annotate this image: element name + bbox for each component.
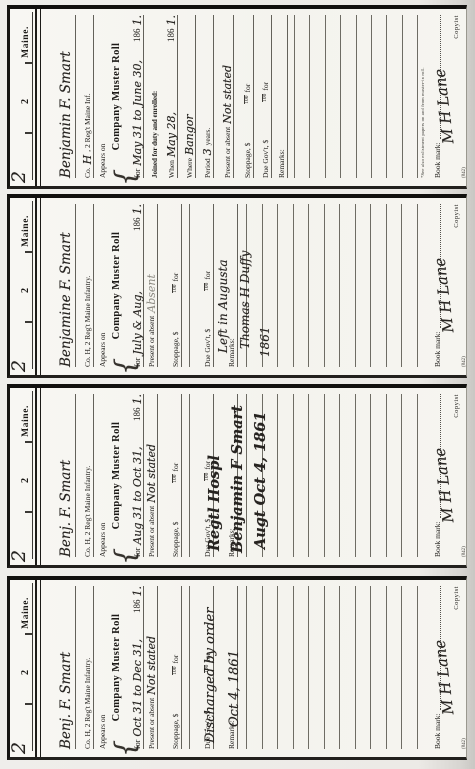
roll-title: Company Muster Roll	[110, 586, 124, 749]
when-value: May 28,	[166, 112, 177, 157]
state-label: Maine.	[21, 405, 31, 437]
soldier-name-line: Benj. F. Smart	[50, 586, 76, 749]
for-word: for	[172, 463, 180, 472]
ruled-line	[355, 586, 356, 749]
where-line: Where Bangor	[180, 15, 196, 178]
ruled-line	[325, 15, 326, 178]
ruled-line	[189, 394, 190, 557]
muster-card-strip-4: 2 2 Maine. Benj. F. Smart Co. H, 2 Reg't…	[6, 574, 468, 762]
soldier-name: Benj. F. Smart	[60, 460, 74, 557]
signature-row: (842) M H Lane Copyist	[444, 392, 468, 559]
ruled-line	[370, 586, 371, 749]
for-word: for	[172, 273, 180, 282]
present-line: Present or absent Not stated	[142, 586, 158, 749]
for-label: for	[134, 548, 142, 557]
where-label: Where	[186, 158, 194, 178]
present-label: Present or absent	[148, 506, 156, 557]
header-divider-tick	[25, 63, 32, 65]
regiment-text: , 2 Reg't Maine Inf.	[84, 93, 92, 151]
header-divider-tick	[25, 512, 32, 514]
roll-title: Company Muster Roll	[110, 204, 124, 367]
ruled-line	[262, 586, 263, 749]
header-divider-tick	[25, 442, 32, 444]
card-header: 2 Maine.	[12, 583, 33, 751]
state-label: Maine.	[21, 215, 31, 247]
year-digit: 1.	[132, 394, 143, 405]
roll-period-value: Aug 31 to Oct 31,	[132, 446, 143, 544]
year-digit: 1.	[132, 586, 143, 597]
ruled-line	[277, 204, 278, 367]
ruled-line	[324, 204, 325, 367]
stoppage-label: Stoppage, $	[172, 332, 180, 367]
stoppage-line: Stoppage, $ 100 for	[238, 15, 254, 178]
present-label: Present or absent	[148, 698, 156, 749]
year-print: 186	[133, 408, 142, 422]
soldier-name: Benjamine F. Smart	[60, 232, 74, 367]
due-label: Due Gov't, $	[262, 140, 270, 178]
unit-line: Co. H, 2 Reg't Maine Infantry.	[78, 204, 94, 367]
muster-card-4: 2 2 Maine. Benj. F. Smart Co. H, 2 Reg't…	[7, 576, 467, 760]
period-value: 3	[202, 148, 213, 155]
period-label: Period	[204, 158, 212, 178]
due-govt-line: Due Gov't, $ 100 for	[256, 15, 272, 178]
signature-row: (842) M H Lane Copyist	[444, 584, 468, 751]
soldier-name-line: Benjamin F. Smart	[50, 15, 76, 178]
when-year-digit: 1.	[166, 15, 177, 26]
ruled-line	[309, 15, 310, 178]
for-label: for	[134, 740, 142, 749]
footnote-microprint: *See also enlistment papers on and from …	[420, 67, 425, 178]
remarks-ruled-lines	[246, 586, 418, 749]
present-value: Not stated	[222, 65, 233, 124]
appears-on-label: Appears on	[97, 204, 108, 367]
appears-on-label: Appears on	[97, 15, 108, 178]
copyist-label: Copyist	[453, 15, 460, 39]
when-year-print: 186	[167, 29, 176, 43]
regiment-text: Co. H, 2 Reg't Maine Infantry.	[84, 658, 92, 749]
card-header: 2 Maine.	[12, 391, 33, 559]
ruled-line	[386, 15, 387, 178]
roll-period-value: May 31 to June 30,	[132, 60, 143, 166]
year-print: 186	[133, 600, 142, 614]
ruled-line	[308, 394, 309, 557]
ruled-line	[189, 204, 190, 367]
header-double-rule	[35, 580, 41, 757]
ruled-line	[401, 394, 402, 557]
card-header: 2 Maine.	[12, 12, 33, 180]
ruled-line	[340, 15, 341, 178]
ruled-line	[402, 15, 403, 178]
co-label: Co.	[84, 167, 92, 178]
regiment-number: 2	[20, 478, 31, 483]
regiment-text: Co. H, 2 Reg't Maine Infantry.	[84, 276, 92, 367]
form-number: (842)	[462, 546, 467, 557]
ruled-line	[293, 204, 294, 367]
for-word: for	[204, 271, 212, 280]
ruled-line	[339, 394, 340, 557]
period-suffix: years.	[204, 128, 212, 146]
soldier-name: Benj. F. Smart	[60, 652, 74, 749]
ruled-line	[371, 15, 372, 178]
present-value: Not stated	[146, 444, 157, 503]
cents-100: 100	[172, 474, 179, 482]
ruled-line	[277, 586, 278, 749]
soldier-name: Benjamin F. Smart	[60, 51, 74, 178]
book-mark-label: Book mark:	[434, 331, 442, 367]
for-label: for	[134, 169, 142, 178]
when-line: When May 28, 186 1.	[162, 15, 178, 178]
ruled-line	[246, 394, 247, 557]
signature-row: (842) M H Lane Copyist	[444, 202, 468, 369]
muster-card-strip-2: 2 2 Maine. Benjamine F. Smart Co. H, 2 R…	[6, 194, 468, 378]
header-double-rule	[35, 388, 41, 565]
remarks-label: Remarks:	[274, 15, 288, 178]
soldier-name-line: Benjamine F. Smart	[50, 204, 76, 367]
year-digit: 1.	[132, 204, 143, 215]
header-double-rule	[35, 9, 41, 186]
ruled-line	[417, 204, 418, 367]
for-word: for	[172, 655, 180, 664]
remarks-ruled-lines	[294, 15, 418, 178]
remarks-handwriting: Augt Oct 4, 1861	[252, 412, 269, 549]
header-divider-tick	[25, 634, 32, 636]
remarks-handwriting: Thomas H Duffy	[238, 251, 252, 349]
ruled-line	[339, 586, 340, 749]
remarks-handwriting: 1861	[258, 326, 272, 357]
for-word: for	[262, 82, 270, 91]
for-word: for	[244, 84, 252, 93]
ruled-line	[417, 15, 418, 178]
due-label: Due Gov't, $	[204, 329, 212, 367]
appears-on-label: Appears on	[97, 586, 108, 749]
cents-100: 100	[172, 284, 179, 292]
muster-card-1: 2 2 Maine. Benjamin F. Smart Co. H , 2 R…	[7, 5, 467, 189]
stoppage-line: Stoppage, $ 100 for	[166, 394, 182, 557]
ruled-line	[355, 394, 356, 557]
form-number: (842)	[462, 356, 467, 367]
muster-card-3: 2 2 Maine. Benj. F. Smart Co. H, 2 Reg't…	[7, 384, 467, 568]
ruled-line	[401, 586, 402, 749]
ruled-line	[277, 394, 278, 557]
ruled-line	[246, 586, 247, 749]
copyist-label: Copyist	[453, 394, 460, 418]
remarks-handwriting: Discharged by order	[203, 608, 218, 743]
regiment-number: 2	[20, 670, 31, 675]
state-label: Maine.	[21, 26, 31, 58]
ruled-line	[293, 586, 294, 749]
appears-on-label: Appears on	[97, 394, 108, 557]
header-divider-tick	[25, 322, 32, 324]
present-line: Present or absent Not stated	[142, 394, 158, 557]
copyist-label: Copyist	[453, 204, 460, 228]
scanned-document-page: 2 2 Maine. Benjamin F. Smart Co. H , 2 R…	[0, 0, 475, 769]
year-print: 186	[133, 218, 142, 232]
ruled-line	[324, 586, 325, 749]
remarks-handwriting: Benjamin F Smart	[229, 405, 246, 553]
company-letter: H	[82, 155, 93, 165]
present-line: Present or absent Absent	[142, 204, 158, 367]
unit-line: Co. H, 2 Reg't Maine Infantry.	[78, 586, 94, 749]
muster-card-2: 2 2 Maine. Benjamine F. Smart Co. H, 2 R…	[7, 194, 467, 378]
state-label: Maine.	[21, 597, 31, 629]
stoppage-line: Stoppage, $ 100 for	[166, 586, 182, 749]
stoppage-label: Stoppage, $	[172, 714, 180, 749]
roll-period-line: for May 31 to June 30, 186 1.	[126, 15, 144, 178]
ruled-line	[308, 204, 309, 367]
header-divider-tick	[25, 704, 32, 706]
cents-100: 100	[204, 283, 211, 291]
period-line: Period 3 years.	[198, 15, 214, 178]
soldier-name-line: Benj. F. Smart	[50, 394, 76, 557]
muster-card-strip-3: 2 2 Maine. Benj. F. Smart Co. H, 2 Reg't…	[6, 384, 468, 568]
due-govt-line: Due Gov't, $ 100 for	[198, 204, 214, 367]
present-value: Absent	[146, 274, 157, 313]
regiment-number: 2	[20, 288, 31, 293]
joined-label: Joined for duty and enrolled:	[150, 15, 160, 178]
stoppage-line: Stoppage, $ 100 for	[166, 204, 182, 367]
roll-period-value: July & Aug,	[132, 291, 143, 355]
book-mark-label: Book mark:	[434, 142, 442, 178]
muster-card-strip-1: 2 2 Maine. Benjamin F. Smart Co. H , 2 R…	[6, 5, 468, 189]
ruled-line	[370, 394, 371, 557]
book-mark-label: Book mark:	[434, 521, 442, 557]
ruled-line	[189, 586, 190, 749]
ruled-line	[417, 394, 418, 557]
ruled-line	[293, 394, 294, 557]
ruled-line	[417, 586, 418, 749]
ruled-line	[324, 394, 325, 557]
present-label: Present or absent	[148, 316, 156, 367]
remarks-ruled-lines	[246, 394, 418, 557]
header-double-rule	[35, 198, 41, 375]
unit-line: Co. H, 2 Reg't Maine Infantry.	[78, 394, 94, 557]
ruled-line	[355, 204, 356, 367]
cents-100: 100	[262, 94, 269, 102]
present-label: Present or absent	[224, 127, 232, 178]
for-label: for	[134, 358, 142, 367]
form-number: (842)	[462, 167, 467, 178]
present-line: Present or absent Not stated	[216, 15, 234, 178]
remarks-handwriting: Oct 4, 1861	[227, 650, 242, 727]
when-label: When	[168, 160, 176, 178]
form-number: (842)	[462, 738, 467, 749]
where-value: Bangor	[184, 114, 195, 155]
card-header: 2 Maine.	[12, 201, 33, 369]
header-divider-tick	[25, 133, 32, 135]
ruled-line	[356, 15, 357, 178]
book-mark-label: Book mark:	[434, 713, 442, 749]
signature-row: (842) M H Lane Copyist	[444, 13, 468, 180]
year-digit: 1.	[132, 15, 143, 26]
header-divider-tick	[25, 252, 32, 254]
ruled-line	[401, 204, 402, 367]
ruled-line	[308, 586, 309, 749]
roll-title: Company Muster Roll	[110, 394, 124, 557]
regiment-text: Co. H, 2 Reg't Maine Infantry.	[84, 466, 92, 557]
remarks-handwriting: Left in Augusta	[216, 260, 230, 353]
regiment-number: 2	[20, 99, 31, 104]
ruled-line	[386, 204, 387, 367]
remarks-handwriting: Regtl Hospl	[206, 455, 223, 551]
ruled-line	[294, 15, 295, 178]
roll-period-value: Oct 31 to Dec 31,	[132, 639, 143, 737]
roll-title: Company Muster Roll	[110, 15, 124, 178]
copyist-label: Copyist	[453, 586, 460, 610]
cents-100: 100	[172, 666, 179, 674]
ruled-line	[386, 586, 387, 749]
ruled-line	[339, 204, 340, 367]
ruled-line	[370, 204, 371, 367]
unit-line: Co. H , 2 Reg't Maine Inf.	[78, 15, 94, 178]
stoppage-label: Stoppage, $	[244, 143, 252, 178]
present-value: Not stated	[146, 636, 157, 695]
stoppage-label: Stoppage, $	[172, 522, 180, 557]
year-print: 186	[133, 29, 142, 43]
cents-100: 100	[244, 95, 251, 103]
ruled-line	[386, 394, 387, 557]
